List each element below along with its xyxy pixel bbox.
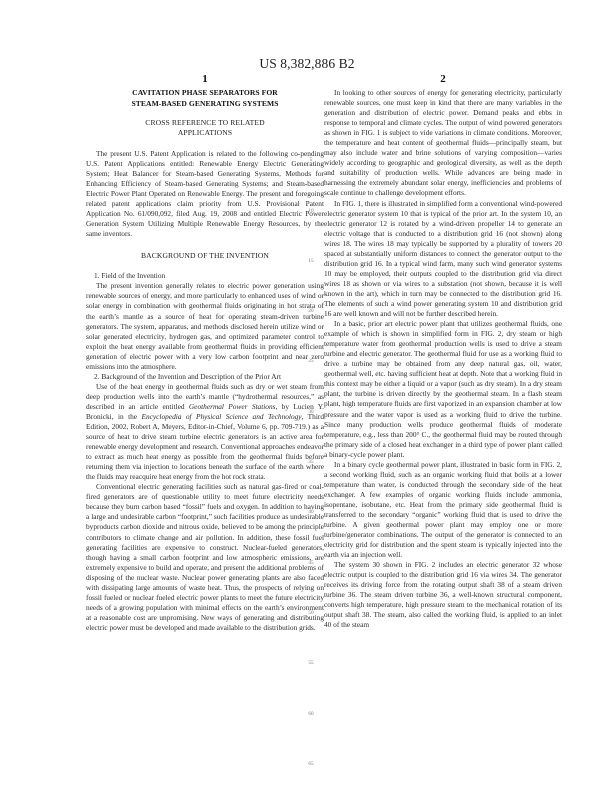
cross-reference-paragraph: The present U.S. Patent Application is r… — [86, 149, 324, 239]
title-line-2: STEAM-BASED GENERATING SYSTEMS — [86, 99, 324, 110]
line-number: 35 — [302, 459, 320, 465]
geothermal-plant-paragraph: In a basic, prior art electric power pla… — [324, 319, 562, 460]
line-number-gutter: 5 10 15 20 25 30 35 40 45 50 55 60 65 — [302, 0, 320, 792]
cross-reference-heading-line-2: APPLICATIONS — [86, 128, 324, 138]
fig1-wind-generator-paragraph: In FIG. 1, there is illustrated in simpl… — [324, 199, 562, 320]
line-number: 25 — [302, 358, 320, 364]
prior-art-paragraph: Use of the heat energy in geothermal flu… — [86, 382, 324, 482]
patent-title: CAVITATION PHASE SEPARATORS FOR STEAM-BA… — [86, 88, 324, 109]
line-number: 55 — [302, 660, 320, 666]
line-number: 5 — [302, 157, 320, 163]
field-of-invention-subhead: 1. Field of the Invention — [86, 271, 324, 281]
field-of-invention-paragraph: The present invention generally relates … — [86, 281, 324, 371]
line-number: 30 — [302, 409, 320, 415]
column-number-2: 2 — [324, 73, 562, 85]
line-number: 50 — [302, 610, 320, 616]
cross-reference-heading: CROSS REFERENCE TO RELATED APPLICATIONS — [86, 118, 324, 139]
line-number: 15 — [302, 258, 320, 264]
line-number: 65 — [302, 761, 320, 767]
fig2-system-paragraph: The system 30 shown in FIG. 2 includes a… — [324, 560, 562, 630]
line-number: 40 — [302, 509, 320, 515]
line-number: 10 — [302, 208, 320, 214]
prior-art-text-c: , Third Edition, 2002, Robert A, Meyers,… — [86, 412, 324, 481]
encyclopedia-title-italic: Encyclopedia of Physical Science and Tec… — [141, 412, 301, 421]
cross-reference-heading-line-1: CROSS REFERENCE TO RELATED — [86, 118, 324, 128]
background-heading: BACKGROUND OF THE INVENTION — [86, 251, 324, 261]
prior-art-subhead: 2. Background of the Invention and Descr… — [86, 372, 324, 382]
article-title-italic: Geothermal Power Stations — [189, 402, 276, 411]
title-line-1: CAVITATION PHASE SEPARATORS FOR — [86, 88, 324, 99]
binary-cycle-paragraph: In a binary cycle geothermal power plant… — [324, 460, 562, 560]
renewable-sources-paragraph: In looking to other sources of energy fo… — [324, 88, 562, 199]
line-number: 60 — [302, 711, 320, 717]
left-column: 1 CAVITATION PHASE SEPARATORS FOR STEAM-… — [86, 73, 324, 633]
column-number-1: 1 — [86, 73, 324, 85]
right-column: 2 In looking to other sources of energy … — [324, 73, 562, 631]
line-number: 45 — [302, 560, 320, 566]
conventional-facilities-paragraph: Conventional electric generating facilit… — [86, 482, 324, 633]
line-number: 20 — [302, 308, 320, 314]
